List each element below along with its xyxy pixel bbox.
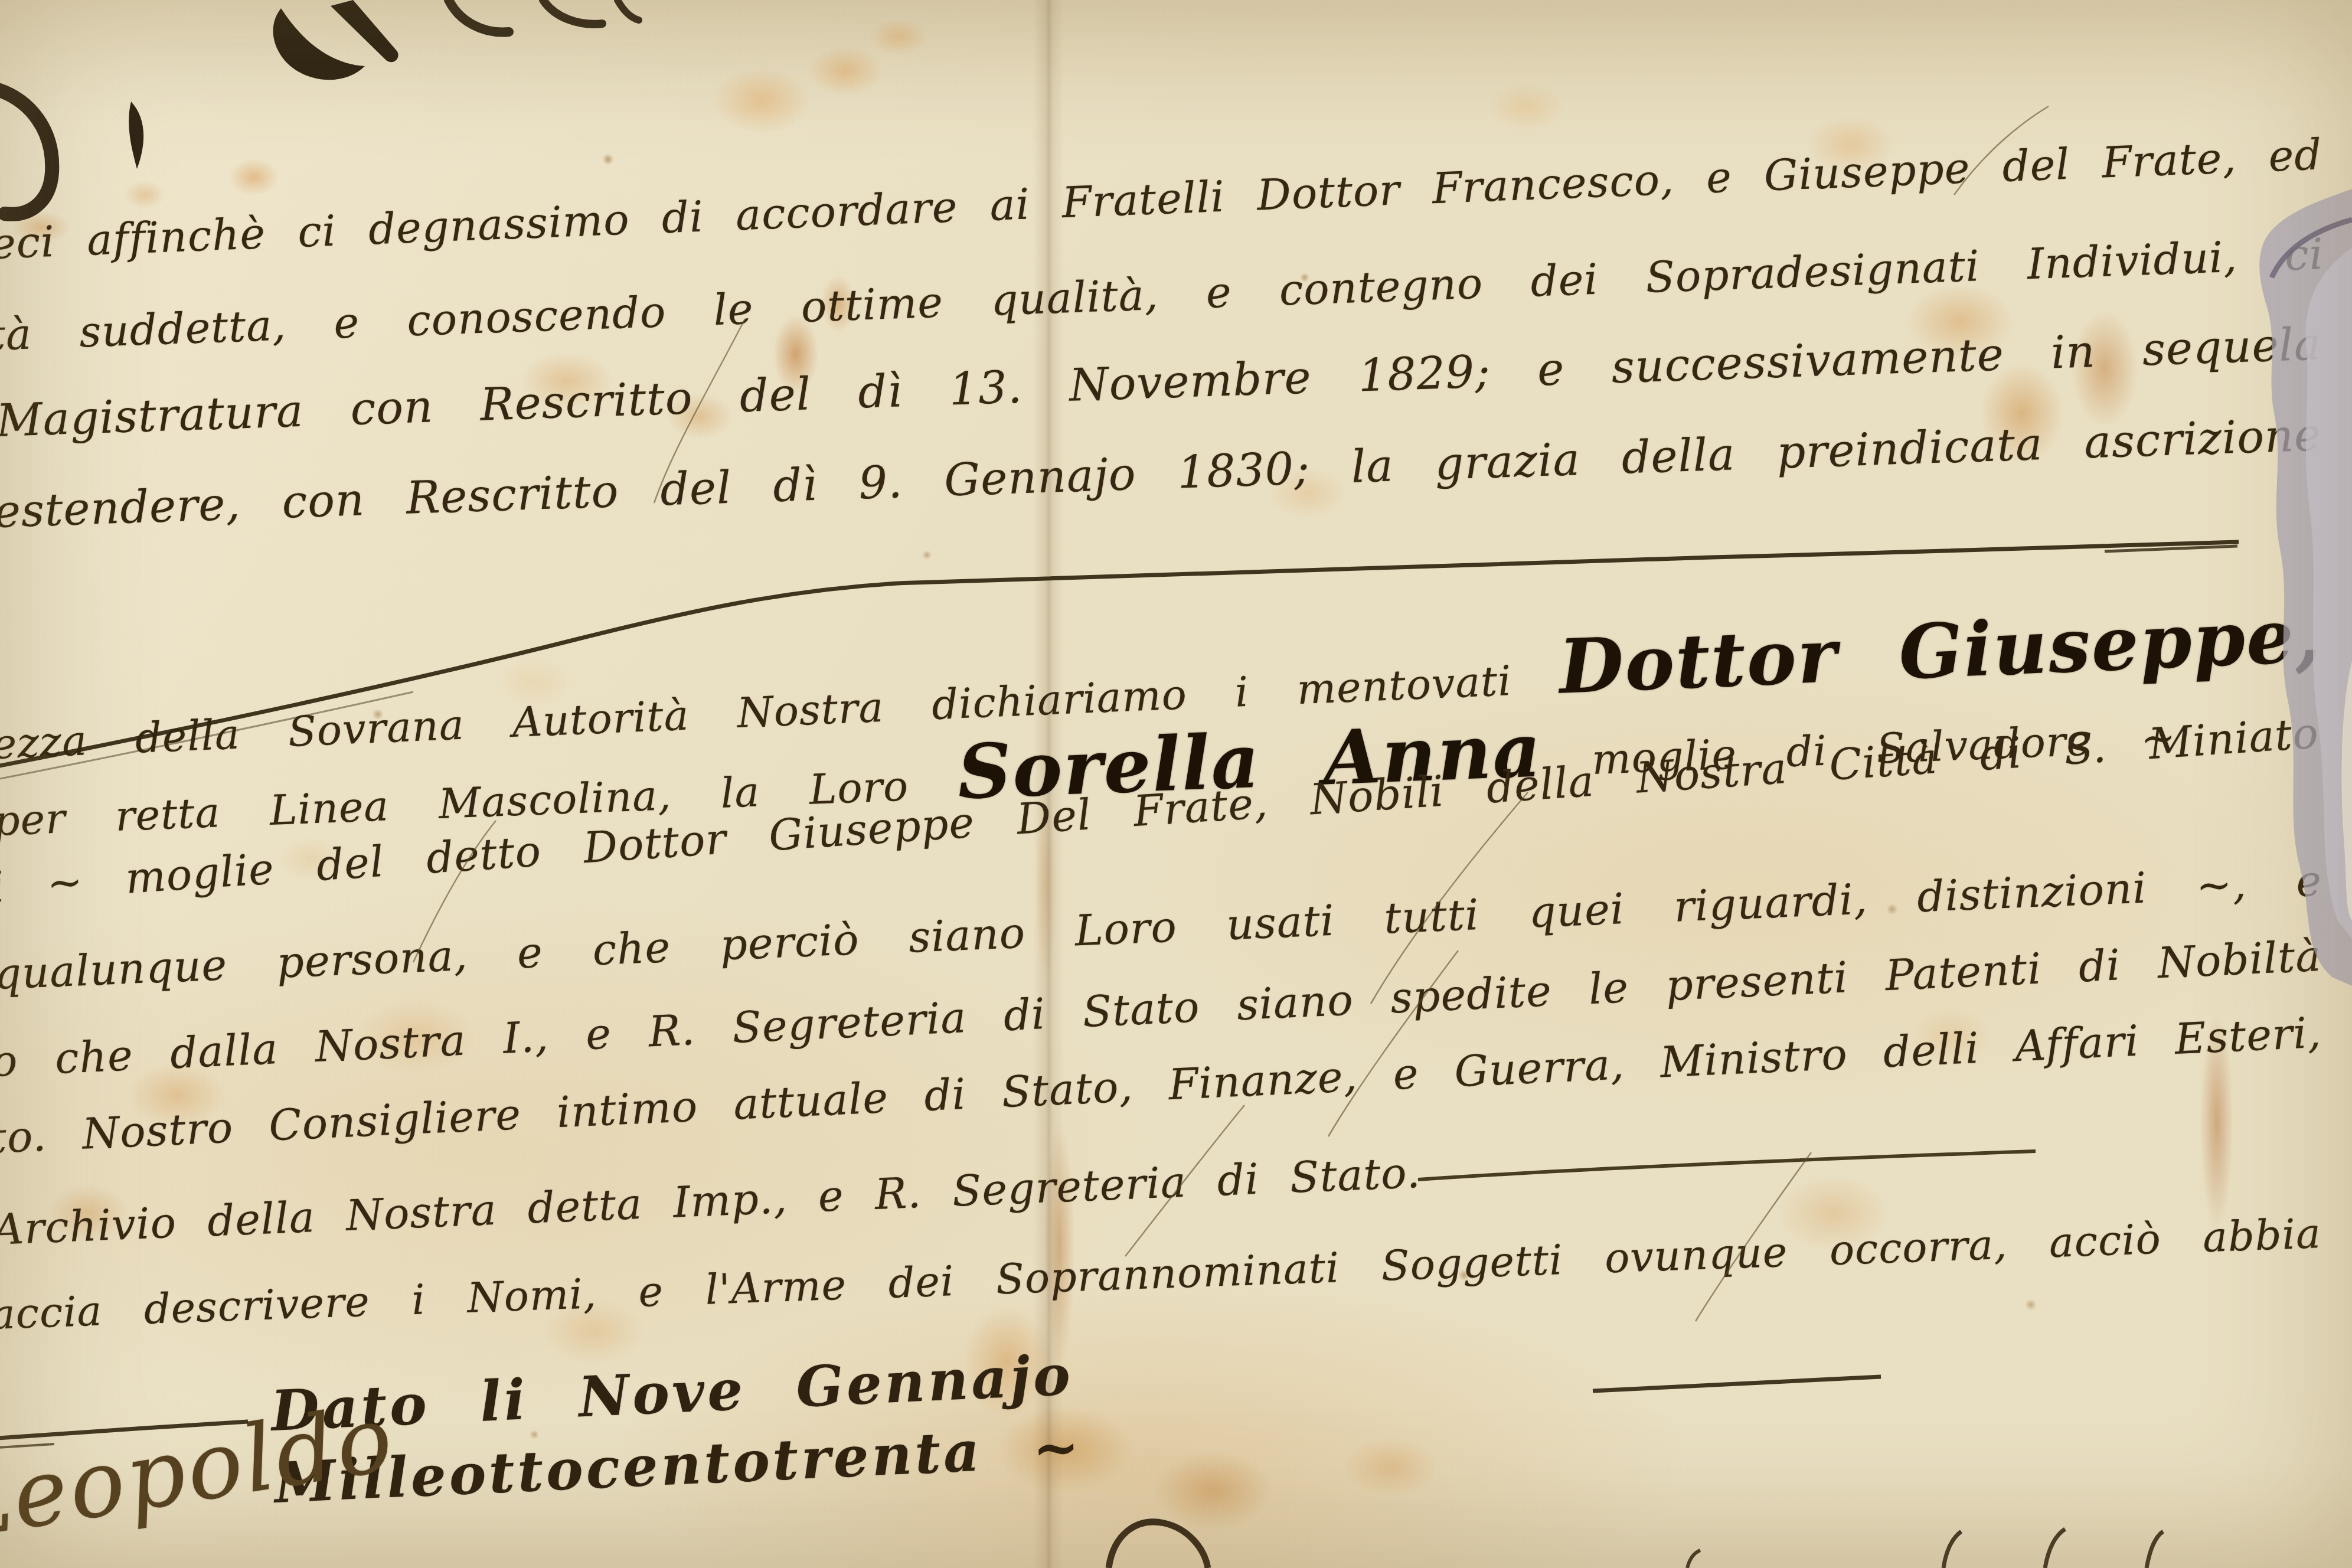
manuscript-page: eci affinchè ci degnassimo di accordare … [0,0,2352,1568]
page-vignette [0,0,2352,1568]
